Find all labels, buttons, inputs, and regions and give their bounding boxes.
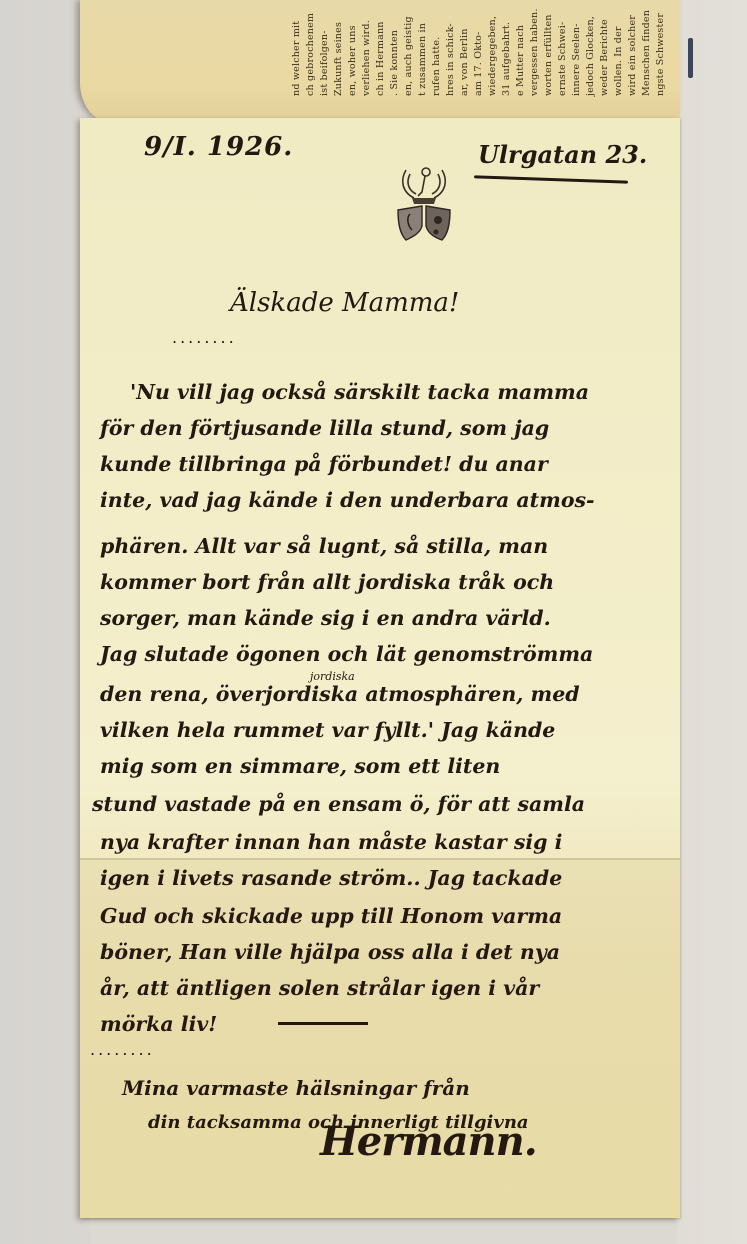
fraktur-line: Zukunft seines — [334, 4, 344, 96]
fraktur-line: weder Berichte — [600, 4, 610, 96]
body-line: sorger, man kände sig i en andra värld. — [100, 606, 551, 630]
fraktur-line: . Sie konnten — [390, 4, 400, 96]
fraktur-line: ist beifolgen- — [320, 4, 330, 96]
body-line: den rena, överjordiska atmosphären, med — [100, 682, 580, 706]
body-line: 'Nu vill jag också särskilt tacka mamma — [130, 380, 589, 404]
fraktur-line: t zusammen in — [418, 4, 428, 96]
letter-sheet: 9/I. 1926. Ulrgatan 23. Älskade Mamma! .… — [80, 118, 680, 1218]
fraktur-line: worten erfüllten — [544, 4, 554, 96]
fraktur-text-block: ngste Schwester Menschen finden wird ein… — [292, 4, 666, 96]
closing-dash — [278, 1022, 368, 1025]
fraktur-line: ernste Schwei- — [558, 4, 568, 96]
fraktur-line: Menschen finden — [642, 4, 652, 96]
body-line: mörka liv! — [100, 1012, 217, 1036]
body-line: Gud och skickade upp till Honom varma — [100, 904, 562, 928]
body-line: phären. Allt var så lugnt, så stilla, ma… — [100, 534, 548, 558]
coat-of-arms-crest-icon — [392, 162, 456, 242]
body-line: år, att äntligen solen strålar igen i vå… — [100, 976, 539, 1000]
fold-line — [80, 858, 680, 860]
fraktur-line: ch in Hermann — [376, 4, 386, 96]
fraktur-line: ch gebrochenem — [306, 4, 316, 96]
fraktur-line: nd welcher mit — [292, 4, 302, 96]
fraktur-line: wird ein solcher — [628, 4, 638, 96]
body-line: mig som en simmare, som ett liten — [100, 754, 500, 778]
body-line: nya krafter innan han måste kastar sig i — [100, 830, 562, 854]
body-line: böner, Han ville hjälpa oss alla i det n… — [100, 940, 560, 964]
background-left — [0, 0, 90, 1244]
fraktur-line: am 17. Okto- — [474, 4, 484, 96]
body-line: kunde tillbringa på förbundet! du anar — [100, 452, 548, 476]
fraktur-line: rufen hatte. — [432, 4, 442, 96]
body-line: igen i livets rasande ström.. Jag tackad… — [100, 866, 562, 890]
background-right — [677, 0, 747, 1244]
fraktur-line: wiedergegeben, — [488, 4, 498, 96]
signature: Hermann. — [320, 1118, 537, 1165]
body-line: inte, vad jag kände i den underbara atmo… — [100, 488, 595, 512]
fraktur-line: vergessen haben. — [530, 4, 540, 96]
fraktur-line: ar, von Berlin — [460, 4, 470, 96]
fraktur-line: hres in schick- — [446, 4, 456, 96]
fraktur-line: en, woher uns — [348, 4, 358, 96]
body-line: kommer bort från allt jordiska tråk och — [100, 570, 554, 594]
letter-address: Ulrgatan 23. — [478, 140, 647, 169]
body-line: stund vastade på en ensam ö, för att sam… — [92, 792, 585, 816]
fraktur-line: 31 aufgebahrt. — [502, 4, 512, 96]
body-line: för den förtjusande lilla stund, som jag — [100, 416, 549, 440]
address-underline — [474, 175, 628, 183]
fraktur-line: innere Seelen- — [572, 4, 582, 96]
closing-line: Mina varmaste hälsningar från — [122, 1076, 470, 1100]
letter-date: 9/I. 1926. — [144, 132, 293, 162]
fraktur-line: en, auch geistig — [404, 4, 414, 96]
fraktur-line: e Mutter nach — [516, 4, 526, 96]
salutation: Älskade Mamma! — [230, 288, 459, 318]
body-line: Jag slutade ögonen och lät genomströmma — [100, 642, 593, 666]
book-cover-edge — [688, 38, 693, 78]
fraktur-line: jedoch Glocken, — [586, 4, 596, 96]
fraktur-line: wollen. In der — [614, 4, 624, 96]
body-line: vilken hela rummet var fyllt.' Jag kände — [100, 718, 555, 742]
ellipsis-top: ........ — [172, 328, 237, 347]
fraktur-line: verliehen wird. — [362, 4, 372, 96]
ellipsis-bottom: ........ — [90, 1040, 155, 1059]
printed-book-page: ngste Schwester Menschen finden wird ein… — [80, 0, 680, 122]
fraktur-line: ngste Schwester — [656, 4, 666, 96]
